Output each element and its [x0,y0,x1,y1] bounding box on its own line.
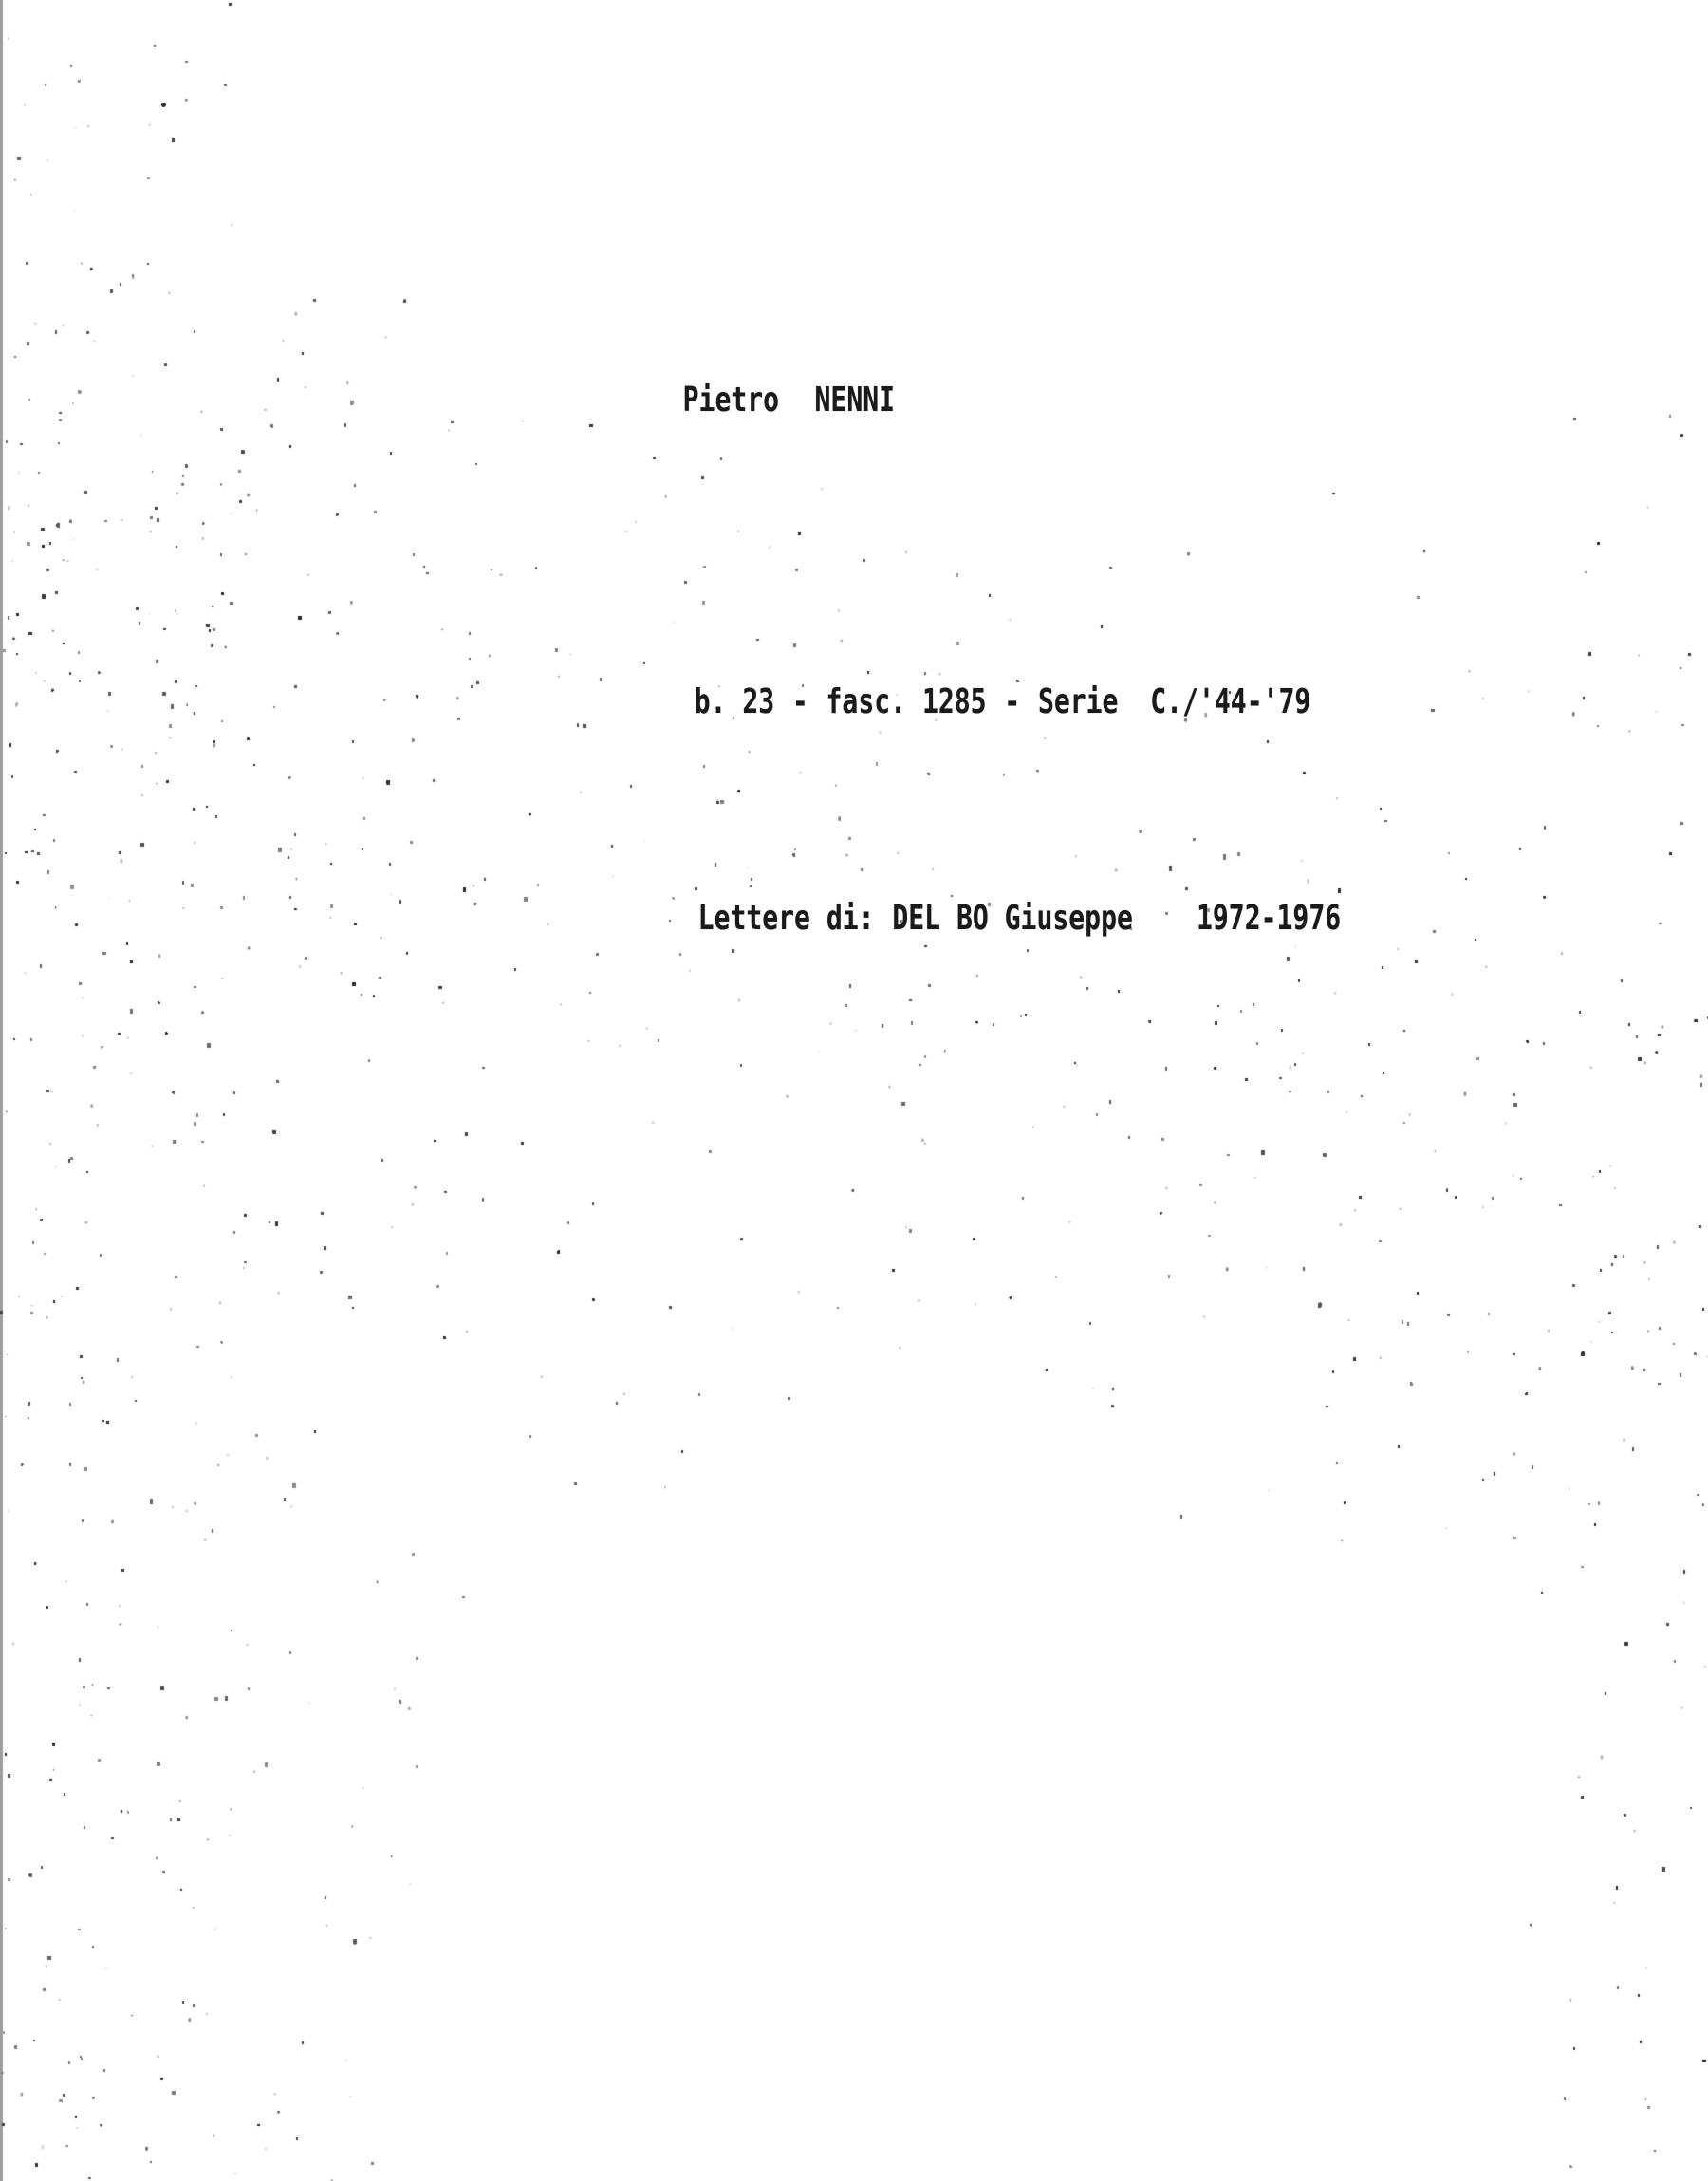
archive-reference: b. 23-fasc. 1285-Serie C./'44-'79 [630,643,1310,760]
fascicolo-number: fasc. 1285 [826,682,987,721]
date-range: 1972-1976 [1197,899,1341,938]
separator: - [792,682,808,721]
separator: - [1004,682,1020,721]
document-page: PietroNENNI b. 23-fasc. 1285-Serie C./'4… [0,0,1708,2181]
letters-description: Lettere di:DEL BO Giuseppe1972-1976 [634,860,1341,977]
scan-speck [161,103,166,107]
busta-number: b. 23 [695,682,775,721]
correspondent-name: DEL BO Giuseppe [892,899,1133,938]
author-last-name: NENNI [815,381,896,419]
author-name: PietroNENNI [619,342,895,458]
letters-label: Lettere di: [698,899,875,938]
author-first-name: Pietro [683,381,779,419]
serie-label: Serie C./'44-'79 [1038,682,1310,721]
